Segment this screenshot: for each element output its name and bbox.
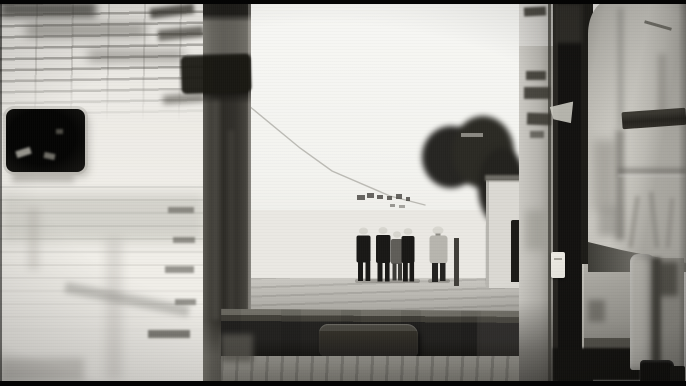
jacket-skirt-seam-light [618,174,686,177]
hinge-mark [524,87,550,99]
pedestrian-light [430,227,448,283]
brick-dash [173,237,195,243]
brick-courses-upper [0,3,208,123]
pedestrian-dark-3 [402,228,415,281]
pedestrian-gray [391,231,403,280]
brick-wall [0,0,210,386]
jacket-elbow-fold [594,140,616,210]
brick-dash [165,266,194,273]
skirt-crease [628,196,639,248]
post-bottom-shade [519,300,557,386]
opening-speck [15,147,31,158]
door-edge-top-patch [556,3,582,43]
skirt-crease [649,192,659,248]
wall-vertical-streak [106,238,122,380]
wall-smudge [88,50,184,62]
paper-tag [551,252,565,278]
opening-speck [56,129,63,134]
figure-right-shade [678,0,686,386]
post-mid-smudge [525,210,545,250]
post-streak [212,100,220,320]
wall-vertical-streak [28,208,39,270]
threshold-corner-shadow [221,334,253,362]
jacket-arm-seam [618,8,623,128]
wall-smudge [26,24,146,37]
beam-shadow-band [180,54,251,94]
door-latch-highlight [549,101,576,128]
post-streak [228,130,234,320]
hinge-mark [526,71,546,80]
jacket-pocket-line [644,20,672,31]
hinge-mark [527,113,551,126]
wall-smudge [0,2,96,17]
brick-dash [148,330,190,338]
wall-opening [6,109,85,172]
letterbox-bottom-bar [0,381,686,386]
hinge-mark [524,6,546,16]
right-gate-post [519,0,557,386]
wall-bottom-shade [0,358,84,381]
sentry-hand-shade [598,206,620,236]
foreground-ground [221,356,557,381]
tag-mark [554,258,562,260]
sentry-figure [588,0,686,386]
pedestrian-dark-1 [357,228,371,282]
hinge-mark [530,131,544,138]
illegible-sign-marks [357,193,410,208]
overhead-wire [243,101,425,205]
opening-under-shadow [12,174,74,183]
jacket-chest-fold [658,54,666,116]
brick-dash [168,207,194,213]
stone-step [319,324,418,357]
film-frame[interactable] [0,0,686,386]
photo-layer [0,0,686,386]
letterbox-top-bar [0,0,686,4]
pedestrian-dark-2 [376,227,391,282]
pedestrian-ground-shadow [428,279,450,283]
sentry-jacket [588,0,686,266]
skirt-crease [666,198,674,248]
frame-left-edge [0,0,2,386]
opening-speck [43,152,55,160]
